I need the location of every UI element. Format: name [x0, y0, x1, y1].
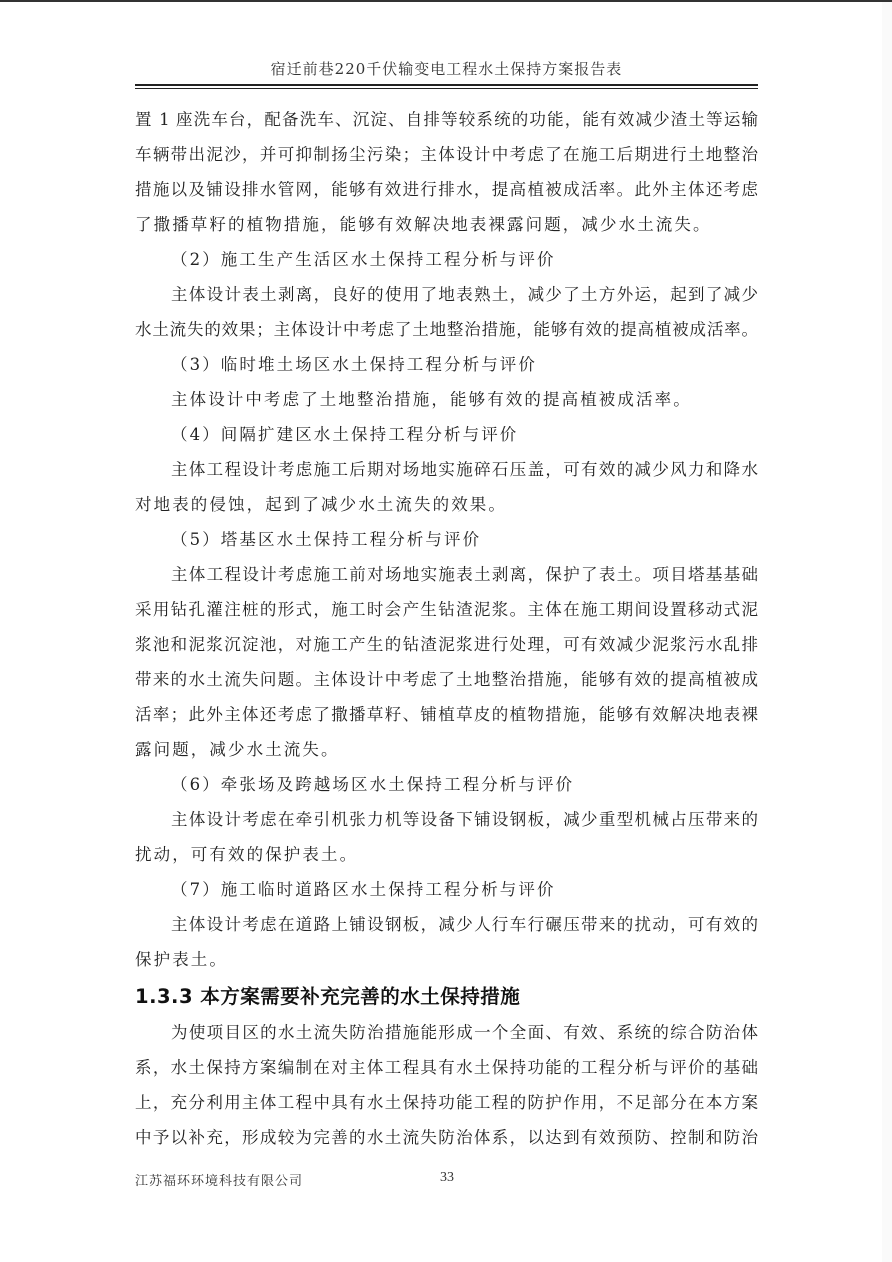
text-line: 主体设计考虑在牵引机张力机等设备下铺设钢板，减少重型机械占压带来的 — [135, 802, 758, 837]
text-line: 主体工程设计考虑施工前对场地实施表土剥离，保护了表土。项目塔基基础 — [135, 557, 758, 592]
text-line: 对地表的侵蚀，起到了减少水土流失的效果。 — [135, 487, 758, 522]
text-line: 上，充分利用主体工程中具有水土保持功能工程的防护作用，不足部分在本方案 — [135, 1085, 758, 1120]
text-line: 浆池和泥浆沉淀池，对施工产生的钻渣泥浆进行处理，可有效减少泥浆污水乱排 — [135, 627, 758, 662]
paragraph-supplementary-measures: 为使项目区的水土流失防治措施能形成一个全面、有效、系统的综合防治体 系，水土保持… — [135, 1015, 758, 1155]
section-heading-1-3-3: 1.3.3 本方案需要补充完善的水土保持措施 — [135, 979, 758, 1015]
header-double-rule — [135, 84, 758, 89]
running-header: 宿迁前巷220千伏输变电工程水土保持方案报告表 — [135, 58, 758, 79]
text-line: 保护表土。 — [135, 942, 758, 977]
subheading-tension-crossing-area: （6）牵张场及跨越场区水土保持工程分析与评价 — [135, 767, 758, 802]
text-line: 系，水土保持方案编制在对主体工程具有水土保持功能的工程分析与评价的基础 — [135, 1050, 758, 1085]
page-edge-shade — [882, 2, 892, 1262]
footer-company-name: 江苏福环环境科技有限公司 — [135, 1170, 303, 1189]
subheading-bay-expansion-area: （4）间隔扩建区水土保持工程分析与评价 — [135, 417, 758, 452]
text-line: 主体工程设计考虑施工后期对场地实施碎石压盖，可有效的减少风力和降水 — [135, 452, 758, 487]
text-line: 采用钻孔灌注桩的形式，施工时会产生钻渣泥浆。主体在施工期间设置移动式泥 — [135, 592, 758, 627]
subheading-tower-base-area: （5）塔基区水土保持工程分析与评价 — [135, 522, 758, 557]
page-number: 33 — [440, 1170, 454, 1186]
subheading-temp-soil-storage-area: （3）临时堆土场区水土保持工程分析与评价 — [135, 347, 758, 382]
text-line: 了撒播草籽的植物措施，能够有效解决地表裸露问题，减少水土流失。 — [135, 207, 758, 242]
paragraph-construction-living-area: 主体设计表土剥离，良好的使用了地表熟土，减少了土方外运，起到了减少 水土流失的效… — [135, 277, 758, 347]
paragraph-temp-road-area: 主体设计考虑在道路上铺设钢板，减少人行车行碾压带来的扰动，可有效的 保护表土。 — [135, 907, 758, 977]
text-line: 活率；此外主体还考虑了撒播草籽、铺植草皮的植物措施，能够有效解决地表裸 — [135, 697, 758, 732]
text-line: 为使项目区的水土流失防治措施能形成一个全面、有效、系统的综合防治体 — [135, 1015, 758, 1050]
paragraph-tower-base-area: 主体工程设计考虑施工前对场地实施表土剥离，保护了表土。项目塔基基础 采用钻孔灌注… — [135, 557, 758, 767]
paragraph-bay-expansion-area: 主体工程设计考虑施工后期对场地实施碎石压盖，可有效的减少风力和降水 对地表的侵蚀… — [135, 452, 758, 522]
text-line: 主体设计考虑在道路上铺设钢板，减少人行车行碾压带来的扰动，可有效的 — [135, 907, 758, 942]
subheading-temp-road-area: （7）施工临时道路区水土保持工程分析与评价 — [135, 872, 758, 907]
document-body: 置 1 座洗车台，配备洗车、沉淀、自排等较系统的功能，能有效减少渣土等运输 车辆… — [135, 102, 758, 1155]
text-line: 水土流失的效果；主体设计中考虑了土地整治措施，能够有效的提高植被成活率。 — [135, 312, 758, 347]
text-line: 置 1 座洗车台，配备洗车、沉淀、自排等较系统的功能，能有效减少渣土等运输 — [135, 102, 758, 137]
subheading-construction-living-area: （2）施工生产生活区水土保持工程分析与评价 — [135, 242, 758, 277]
text-line: 主体设计中考虑了土地整治措施，能够有效的提高植被成活率。 — [135, 382, 758, 417]
text-line: 主体设计表土剥离，良好的使用了地表熟土，减少了土方外运，起到了减少 — [135, 277, 758, 312]
text-line: 措施以及铺设排水管网，能够有效进行排水，提高植被成活率。此外主体还考虑 — [135, 172, 758, 207]
page-top-border — [0, 0, 892, 2]
text-line: 车辆带出泥沙，并可抑制扬尘污染；主体设计中考虑了在施工后期进行土地整治 — [135, 137, 758, 172]
text-line: 扰动，可有效的保护表土。 — [135, 837, 758, 872]
text-line: 露问题，减少水土流失。 — [135, 732, 758, 767]
text-line: 带来的水土流失问题。主体设计中考虑了土地整治措施，能够有效的提高植被成 — [135, 662, 758, 697]
paragraph-wash-station: 置 1 座洗车台，配备洗车、沉淀、自排等较系统的功能，能有效减少渣土等运输 车辆… — [135, 102, 758, 242]
paragraph-temp-soil-storage-area: 主体设计中考虑了土地整治措施，能够有效的提高植被成活率。 — [135, 382, 758, 417]
paragraph-tension-crossing-area: 主体设计考虑在牵引机张力机等设备下铺设钢板，减少重型机械占压带来的 扰动，可有效… — [135, 802, 758, 872]
text-line: 中予以补充，形成较为完善的水土流失防治体系，以达到有效预防、控制和防治 — [135, 1120, 758, 1155]
